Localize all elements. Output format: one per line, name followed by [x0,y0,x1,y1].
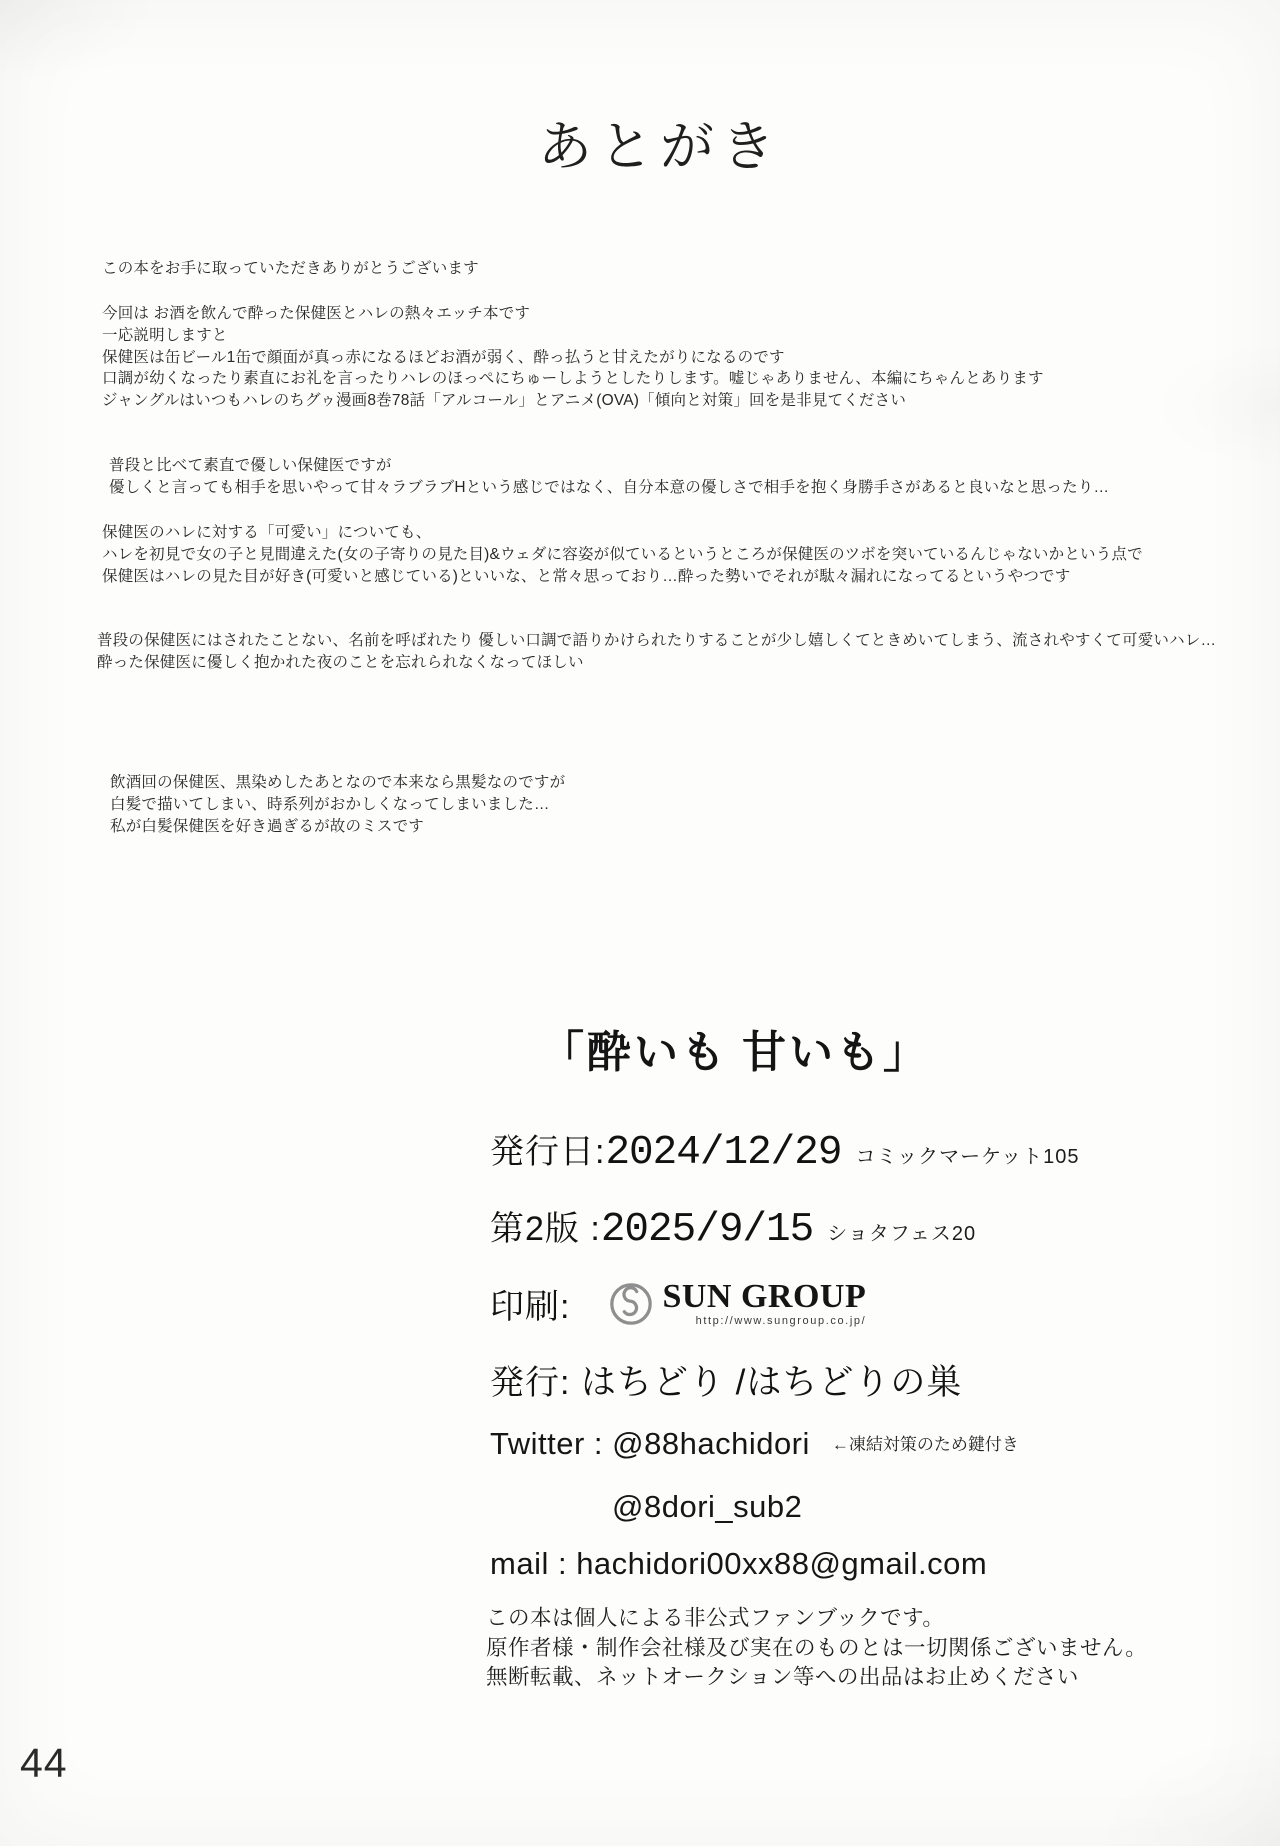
afterword-paragraph: 普段と比べて素直で優しい保健医ですが 優しくと言っても相手を思いやって甘々ラブラ… [102,455,1109,499]
mail-label: mail : [490,1546,576,1582]
second-edition-row: 第2版 :2025/9/15ショタフェス20 [490,1201,976,1253]
afterword-paragraph: 保健医のハレに対する「可愛い」についても、 ハレを初見で女の子と見間違えた(女の… [102,522,1143,587]
twitter-sub-account-row: @8dori_sub2 [612,1489,802,1525]
disclaimer-line: 原作者様・制作会社様及び実在のものとは一切関係ございません。 [486,1636,1147,1660]
printer-label: 印刷: [490,1279,570,1328]
afterword-paragraph: 普段の保健医にはされたことない、名前を呼ばれたり 優しい口調で語りかけられたりす… [97,630,1216,674]
afterword-line: 飲酒回の保健医、黒染めしたあとなので本来なら黒髪なのですが [110,774,565,791]
sun-group-logo: SUN GROUP http://www.sungroup.co.jp/ [608,1280,866,1327]
mail-row: mail : hachidori00xx88@gmail.com [490,1546,987,1582]
afterword-line: 口調が幼くなったり素直にお礼を言ったりハレのほっぺにちゅーしようとしたりします。… [102,370,1044,387]
sun-group-url: http://www.sungroup.co.jp/ [696,1315,867,1327]
sun-group-name: SUN GROUP [662,1280,866,1314]
afterword-line: 優しくと言っても相手を思いやって甘々ラブラブHという感じではなく、自分本意の優し… [102,477,1109,499]
second-edition-event: ショタフェス20 [827,1217,976,1246]
publisher-label: 発行: [490,1355,581,1404]
second-edition-date: 2025/9/15 [601,1207,813,1253]
afterword-line: 白髪で描いてしまい、時系列がおかしくなってしまいました… [110,796,550,813]
afterword-line: ハレを初見で女の子と見間違えた(女の子寄りの見た目)&ウェダに容姿が似ているとい… [102,546,1143,563]
afterword-line: 今回は お酒を飲んで酔った保健医とハレの熱々エッチ本です [102,305,530,322]
afterword-line: 普段と比べて素直で優しい保健医ですが [102,455,1109,477]
page-title: あとがき [538,104,782,181]
afterword-page: あとがき この本をお手に取っていただきありがとうございます 今回は お酒を飲んで… [0,0,1280,1846]
twitter-note: ←凍結対策のため鍵付き [832,1430,1019,1455]
disclaimer-block: この本は個人による非公式ファンブックです。 原作者様・制作会社様及び実在のものと… [486,1604,1147,1693]
printer-row: 印刷: SUN GROUP http://www.sungroup.co.jp/ [490,1279,866,1328]
sun-group-logo-icon [608,1281,654,1327]
twitter-row: Twitter : @88hachidori←凍結対策のため鍵付き [490,1426,1019,1462]
book-title: 「酔いも 甘いも」 [540,1016,930,1080]
publisher-name: はちどり /はちどりの巣 [581,1355,962,1405]
twitter-handle: @88hachidori [612,1426,810,1462]
afterword-line: 保健医は缶ビール1缶で顔面が真っ赤になるほどお酒が弱く、酔っ払うと甘えたがりにな… [102,349,785,366]
page-number: 44 [20,1740,68,1787]
disclaimer-line: 無断転載、ネットオークション等への出品はお止めください [486,1665,1079,1689]
first-edition-date: 2024/12/29 [605,1130,841,1176]
afterword-paragraph: 飲酒回の保健医、黒染めしたあとなので本来なら黒髪なのですが 白髪で描いてしまい、… [110,772,565,837]
afterword-line: ジャングルはいつもハレのちグゥ漫画8巻78話「アルコール」とアニメ(OVA)「傾… [102,392,906,409]
first-edition-event: コミックマーケット105 [856,1140,1080,1169]
first-edition-label: 発行日: [490,1124,605,1173]
sun-group-text: SUN GROUP http://www.sungroup.co.jp/ [662,1280,866,1327]
afterword-line: 保健医のハレに対する「可愛い」についても、 [102,524,431,541]
afterword-line: 保健医はハレの見た目が好き(可愛いと感じている)といいな、と常々思っており…酔っ… [102,568,1070,585]
twitter-label: Twitter : [490,1426,612,1462]
afterword-line: 酔った保健医に優しく抱かれた夜のことを忘れられなくなってほしい [97,654,584,671]
afterword-line: 普段の保健医にはされたことない、名前を呼ばれたり 優しい口調で語りかけられたりす… [97,632,1216,649]
afterword-paragraph: この本をお手に取っていただきありがとうございます [102,258,479,280]
publisher-row: 発行: はちどり /はちどりの巣 [490,1355,962,1405]
afterword-line: 私が白髪保健医を好き過ぎるが故のミスです [110,818,424,835]
mail-address: hachidori00xx88@gmail.com [576,1546,987,1582]
afterword-line: この本をお手に取っていただきありがとうございます [102,260,479,277]
second-edition-label: 第2版 : [490,1201,601,1250]
afterword-line: 一応説明しますと [102,327,228,344]
twitter-sub-handle: @8dori_sub2 [612,1489,802,1525]
disclaimer-line: この本は個人による非公式ファンブックです。 [486,1606,944,1630]
first-edition-row: 発行日:2024/12/29コミックマーケット105 [490,1124,1079,1176]
afterword-paragraph: 今回は お酒を飲んで酔った保健医とハレの熱々エッチ本です 一応説明しますと 保健… [102,303,1044,412]
